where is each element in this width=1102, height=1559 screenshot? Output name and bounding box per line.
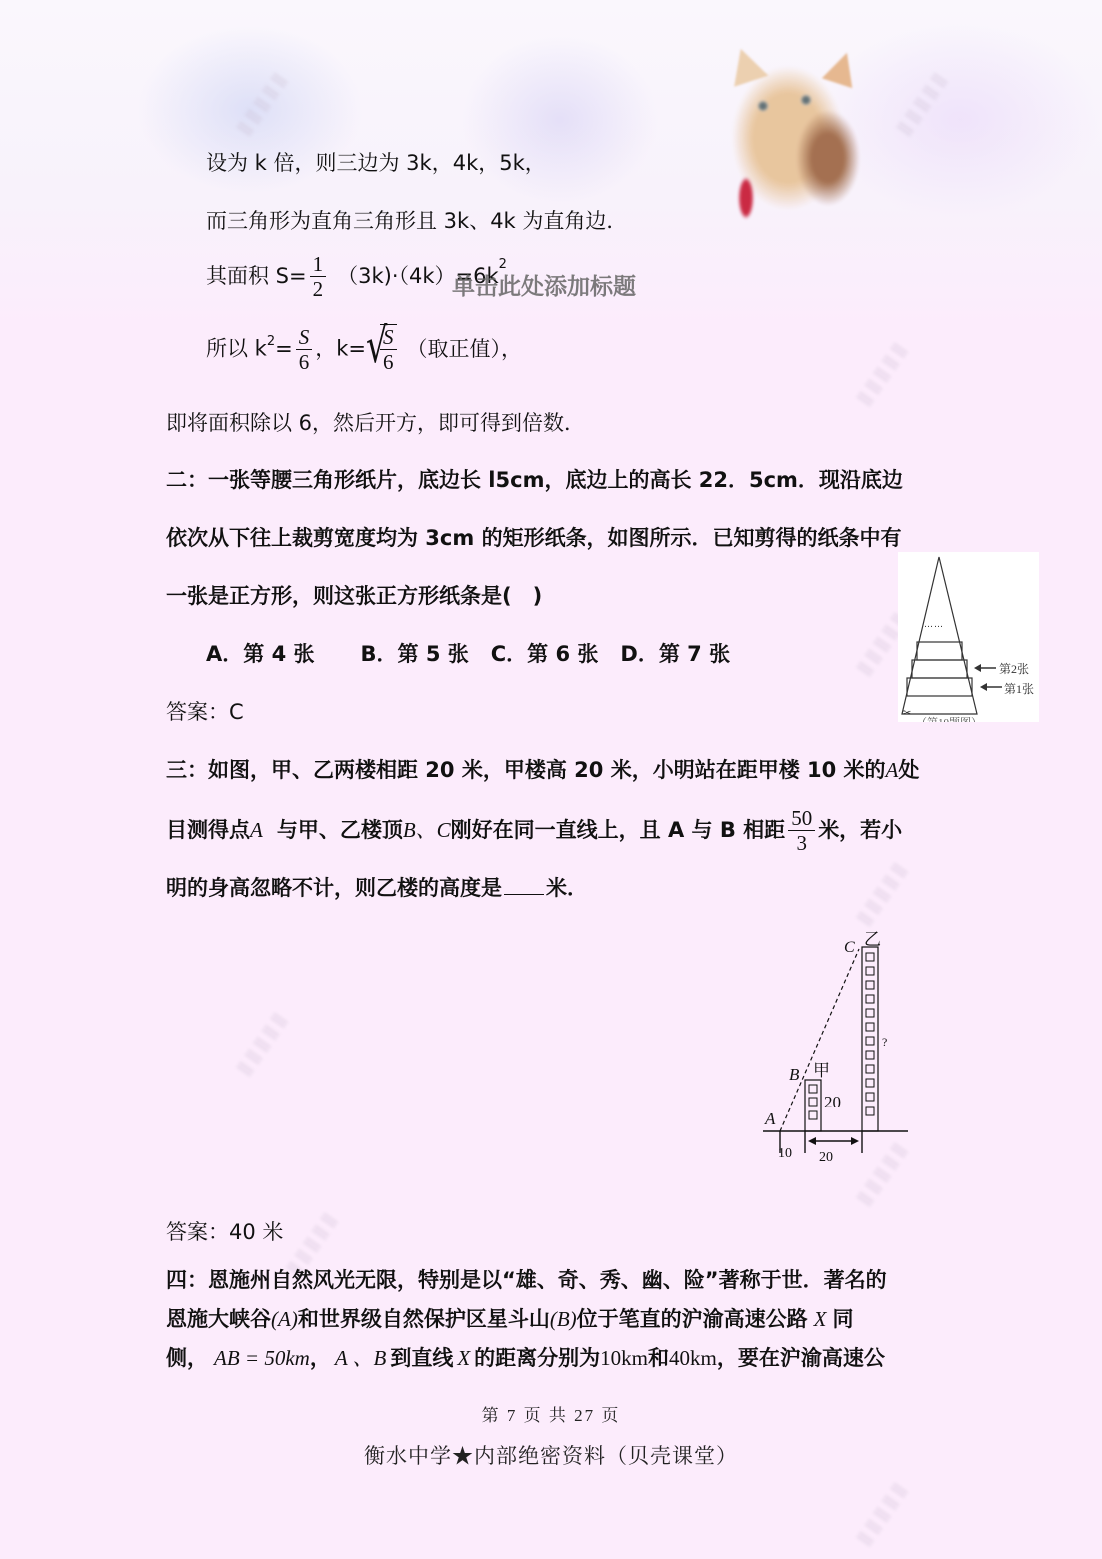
q3-text-line: 明的身高忽略不计，则乙楼的高度是米． — [166, 876, 588, 899]
k-formula: 所以 k2=S6，k=√S6（取正值）， — [206, 324, 522, 374]
figure-dots: …… — [924, 620, 944, 630]
q2-text-line: 二：一张等腰三角形纸片，底边长 l5cm，底边上的高长 22．5cm．现沿底边 — [166, 470, 903, 491]
label-building-jia: 甲 — [813, 1056, 830, 1081]
watermark: ⅡⅡⅡⅡⅡ — [282, 1144, 388, 1281]
option-d: D．第 7 张 — [620, 642, 730, 666]
option-a: A．第 4 张 — [206, 642, 315, 666]
fraction-50-over-3: 503 — [788, 806, 815, 855]
area-prefix: 其面积 S= — [206, 264, 307, 288]
q4-text-line: 侧，AB = 50km，A 、B到直线X的距离分别为10km和40km，要在沪渝… — [166, 1348, 885, 1369]
slide-title-placeholder[interactable]: 单击此处添加标题 — [452, 268, 636, 301]
q3-text-line: 三：如图，甲、乙两楼相距 20 米，甲楼高 20 米，小明站在距甲楼 10 米的… — [166, 760, 919, 781]
cat-image — [718, 48, 868, 238]
answer-blank[interactable] — [504, 876, 544, 895]
q2-answer: 答案：C — [166, 702, 244, 723]
label-b: B — [789, 1065, 799, 1085]
watermark: ⅡⅡⅡⅡⅡ — [232, 944, 338, 1081]
square-root: √S6 — [366, 324, 397, 374]
watermark: ⅡⅡⅡⅡⅡ — [852, 1414, 958, 1551]
label-unknown-height: ? — [882, 1035, 887, 1050]
page-number: 第 7 页 共 27 页 — [0, 1401, 1102, 1426]
fraction-s-over-6: S6 — [296, 325, 313, 374]
buildings-figure: C 乙 B 甲 A 20 ? 10 20 — [758, 925, 918, 1170]
radical-icon: √ — [366, 322, 387, 370]
fraction-one-half: 12 — [310, 252, 327, 301]
option-b: B．第 5 张 — [361, 642, 469, 666]
label-c: C — [844, 939, 855, 957]
figure-label-strip-1: 第1张 — [1004, 680, 1034, 697]
label-distance-10: 10 — [778, 1146, 792, 1162]
solution-line: 设为 k 倍，则三边为 3k，4k，5k， — [206, 153, 546, 174]
q3-text-line: 目测得点A与甲、乙楼顶B、C刚好在同一直线上，且 A 与 B 相距503米，若小 — [166, 806, 902, 855]
solution-line: 而三角形为直角三角形且 3k、4k 为直角边． — [206, 211, 627, 232]
label-a: A — [765, 1109, 775, 1129]
q4-text-line: 四：恩施州自然风光无限，特别是以“雄、奇、秀、幽、险”著称于世．著名的 — [166, 1270, 887, 1291]
q4-text-line: 恩施大峡谷(A)和世界级自然保护区星斗山(B)位于笔直的沪渝高速公路X同 — [166, 1309, 853, 1330]
q2-text-line: 依次从下往上裁剪宽度均为 3cm 的矩形纸条，如图所示．已知剪得的纸条中有 — [166, 528, 902, 549]
solution-conclusion: 即将面积除以 6，然后开方，即可得到倍数． — [166, 413, 585, 434]
option-c: C．第 6 张 — [491, 642, 599, 666]
label-distance-20: 20 — [819, 1150, 833, 1166]
q2-text-line: 一张是正方形，则这张正方形纸条是( ) — [166, 586, 542, 607]
q2-options: A．第 4 张B．第 5 张C．第 6 张D．第 7 张 — [206, 644, 730, 665]
label-building-yi: 乙 — [864, 925, 881, 950]
label-height-20: 20 — [824, 1093, 841, 1107]
figure-label-strip-2: 第2张 — [999, 660, 1029, 677]
figure-caption: （第10题图） — [916, 714, 982, 722]
svg-text:✂: ✂ — [903, 708, 911, 719]
footer-brand: 衡水中学★内部绝密资料（贝壳课堂） — [0, 1440, 1102, 1470]
triangle-strips-figure: ✂ …… 第2张 第1张 （第10题图） — [898, 552, 1039, 722]
q3-answer: 答案：40 米 — [166, 1222, 283, 1243]
